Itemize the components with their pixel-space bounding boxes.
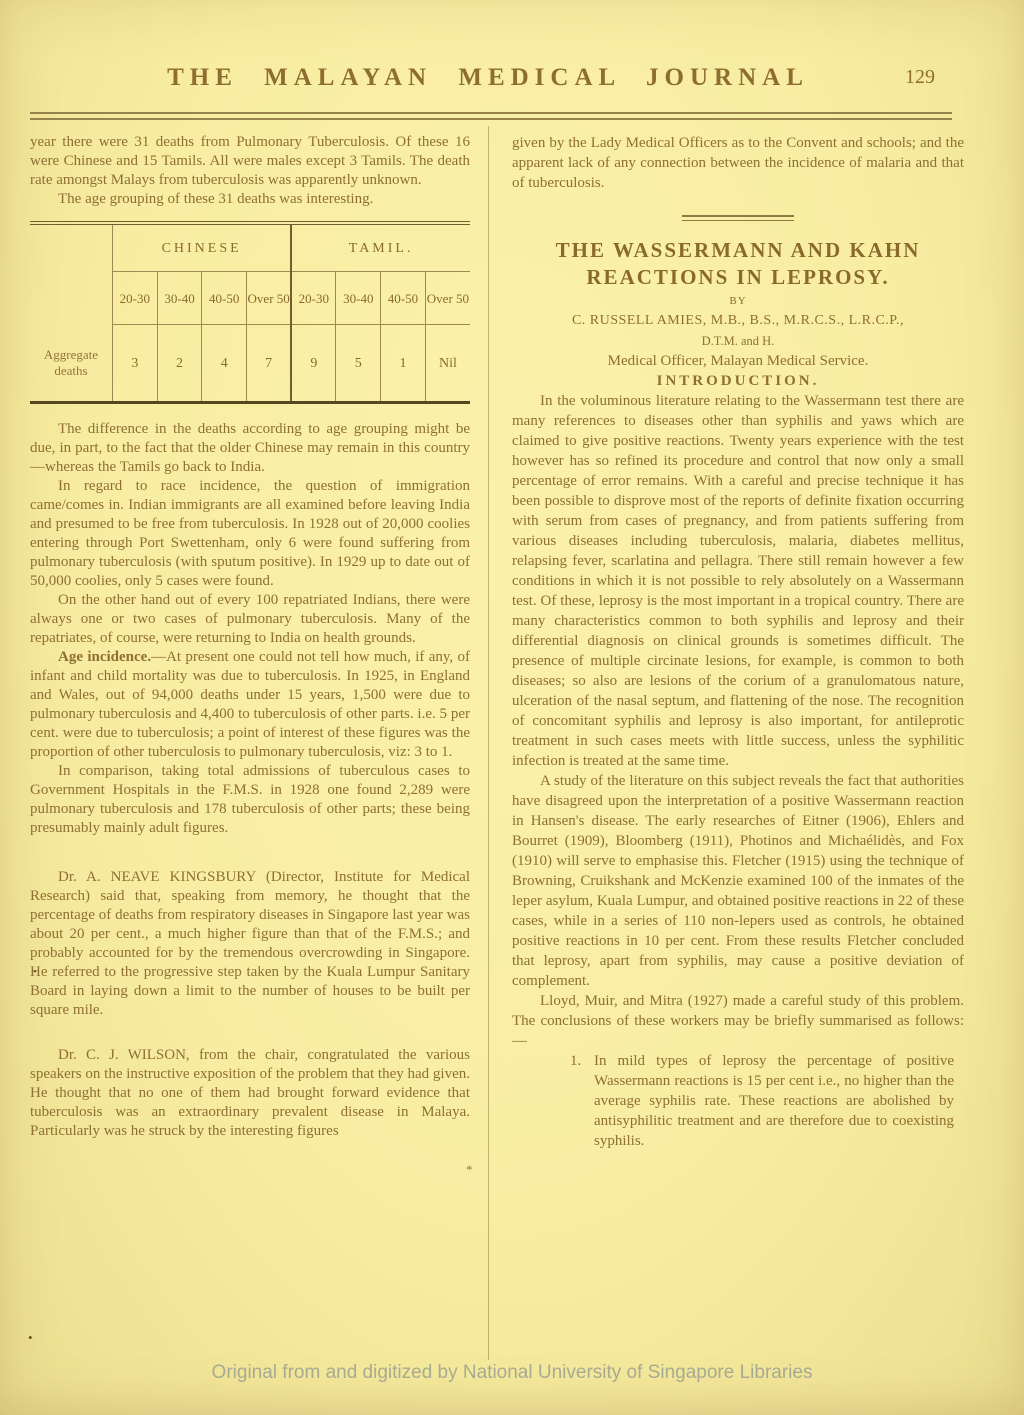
value-cell: 1 <box>381 325 426 403</box>
value-cell: Nil <box>425 325 470 403</box>
journal-page-scan: THE MALAYAN MEDICAL JOURNAL 129 year the… <box>0 0 1024 1415</box>
value-cell: 9 <box>291 325 336 403</box>
aggregate-deaths-table: CHINESE TAMIL. 20-30 30-40 40-50 Over 50… <box>30 221 470 404</box>
paragraph-comparison: In comparison, taking total admissions o… <box>30 762 470 838</box>
list-item-number: 1. <box>570 1051 594 1151</box>
list-item-text: In mild types of leprosy the percentage … <box>594 1051 954 1151</box>
value-cell: 7 <box>247 325 292 403</box>
age-incidence-rest: —At present one could not tell how much,… <box>30 649 470 760</box>
article-separator-rule <box>682 215 794 221</box>
table-group-header-row: CHINESE TAMIL. <box>30 223 470 272</box>
column-divider-rule <box>488 126 489 1360</box>
age-range-cell: 40-50 <box>202 272 247 325</box>
introduction-heading: INTRODUCTION. <box>512 371 964 391</box>
bullet-mark: • <box>33 966 37 978</box>
table-group-chinese: CHINESE <box>113 223 292 272</box>
age-incidence-lead: Age incidence. <box>58 649 151 665</box>
paragraph-difference: The difference in the deaths according t… <box>30 420 470 477</box>
paragraph-race-incidence: In regard to race incidence, the questio… <box>30 477 470 591</box>
age-range-cell: 20-30 <box>113 272 158 325</box>
value-cell: 4 <box>202 325 247 403</box>
paragraph-age-grouping: The age grouping of these 31 deaths was … <box>30 190 470 209</box>
left-column: year there were 31 deaths from Pulmonary… <box>30 133 470 1141</box>
table-row-label: Aggregate deaths <box>30 325 113 403</box>
value-cell: 5 <box>336 325 381 403</box>
paragraph-wassermann-intro: In the voluminous literature relating to… <box>512 391 964 771</box>
age-range-cell: Over 50 <box>247 272 292 325</box>
author-affiliation: Medical Officer, Malayan Medical Service… <box>512 351 964 371</box>
digitization-credit: Original from and digitized by National … <box>0 1362 1024 1384</box>
paragraph-repatriated: On the other hand out of every 100 repat… <box>30 591 470 648</box>
conclusion-list-item-1: 1. In mild types of leprosy the percenta… <box>570 1051 964 1151</box>
paragraph-kingsbury: Dr. A. NEAVE KINGSBURY (Director, Instit… <box>30 868 470 1020</box>
age-range-cell: 30-40 <box>336 272 381 325</box>
page-number: 129 <box>905 66 965 89</box>
article-title-line1: THE WASSERMANN AND KAHN <box>512 237 964 264</box>
table-stub-empty <box>30 223 113 325</box>
age-range-cell: 40-50 <box>381 272 426 325</box>
right-column: given by the Lady Medical Officers as to… <box>512 133 964 1151</box>
author-line2: D.T.M. and H. <box>512 331 964 351</box>
table-values-row: Aggregate deaths 3 2 4 7 9 5 1 Nil <box>30 325 470 403</box>
paragraph-deaths-intro: year there were 31 deaths from Pulmonary… <box>30 133 470 190</box>
paragraph-wilson: Dr. C. J. WILSON, from the chair, congra… <box>30 1046 470 1141</box>
bullet-mark: • <box>28 1330 33 1346</box>
journal-title: THE MALAYAN MEDICAL JOURNAL <box>130 64 846 92</box>
header-double-rule <box>30 112 952 120</box>
paragraph-lady-medical-officers: given by the Lady Medical Officers as to… <box>512 133 964 193</box>
paragraph-age-incidence: Age incidence.—At present one could not … <box>30 648 470 762</box>
by-label: BY <box>512 291 964 311</box>
value-cell: 2 <box>157 325 202 403</box>
age-range-cell: 20-30 <box>291 272 336 325</box>
asterisk-mark: * <box>466 1162 473 1178</box>
age-range-cell: Over 50 <box>425 272 470 325</box>
article-title-line2: REACTIONS IN LEPROSY. <box>512 264 964 291</box>
paragraph-lloyd-muir-mitra: Lloyd, Muir, and Mitra (1927) made a car… <box>512 991 964 1051</box>
table-group-tamil: TAMIL. <box>291 223 470 272</box>
author-line: C. RUSSELL AMIES, M.B., B.S., M.R.C.S., … <box>512 311 964 331</box>
paragraph-literature-study: A study of the literature on this subjec… <box>512 771 964 991</box>
value-cell: 3 <box>113 325 158 403</box>
age-range-cell: 30-40 <box>157 272 202 325</box>
